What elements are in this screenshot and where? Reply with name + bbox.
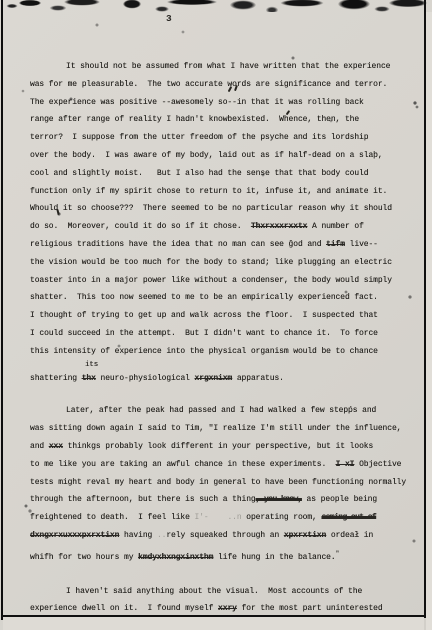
text-line: I haven't said anything about the visual… <box>30 583 412 601</box>
text-segment: " <box>336 550 340 557</box>
struck-out-text: I xI <box>336 460 355 469</box>
text-segment: for the most part uninterested <box>237 604 383 613</box>
text-segment: rely squeaked through an <box>166 531 284 540</box>
scan-edge-right <box>424 0 426 618</box>
text-segment: range after range of reality I hadn't kn… <box>30 115 359 124</box>
text-segment: life hung in the balance. <box>213 553 335 562</box>
text-segment: to me like you are taking an awful chanc… <box>30 460 336 469</box>
text-line: shatter. This too now seemed to me to be… <box>30 289 412 307</box>
struck-out-text: xpxrxtixn <box>284 531 326 540</box>
text-segment: terror? I suppose from the utter freedom… <box>30 133 368 142</box>
struck-out-text: kmdyxhxngxinxthm <box>138 553 213 562</box>
text-line: It should not be assumed from what I hav… <box>30 58 412 76</box>
struck-out-text: dxngxrxuxxxpxrxtixn <box>30 531 119 540</box>
text-line: the vision would be too much for the bod… <box>30 254 412 272</box>
text-line: I thought of trying to get up and walk a… <box>30 307 412 325</box>
text-segment <box>209 513 228 522</box>
text-segment: do so. Moreover, could it do so if it ch… <box>30 222 251 231</box>
text-segment: was sitting down again I said to Tim, "I… <box>30 424 401 433</box>
text-segment: neuro-physiological <box>96 374 195 383</box>
text-segment: tests might reval my heart and body in g… <box>30 478 406 487</box>
text-segment: whifh for two hours my <box>30 553 138 562</box>
text-segment: .. <box>157 531 166 540</box>
text-line: do so. Moreover, could it do so if it ch… <box>30 218 412 236</box>
scan-margin-right <box>426 12 432 630</box>
text-line: religious traditions have the idea that … <box>30 236 412 254</box>
text-segment: I thought of trying to get up and walk a… <box>30 311 378 320</box>
text-line: to me like you are taking an awful chanc… <box>30 456 412 474</box>
text-segment: I could succeed in the attempt. But I di… <box>30 329 378 338</box>
text-segment: Later, after the peak had passed and I h… <box>66 406 376 415</box>
text-segment: apparatus. <box>232 374 284 383</box>
text-line: was sitting down again I said to Tim, "I… <box>30 420 412 438</box>
text-segment: function only if my spirit chose to retu… <box>30 187 387 196</box>
scanned-typewritten-page: 3 It should not be assumed from what I h… <box>0 0 432 630</box>
text-segment: Whould it so choose??? There seemed to b… <box>30 204 392 213</box>
text-line: cool and slightly moist. But I also had … <box>30 165 412 183</box>
text-line: range after range of reality I hadn't kn… <box>30 111 412 129</box>
text-segment: as people being <box>302 495 377 504</box>
text-line: through the afternoon, but there is such… <box>30 491 412 509</box>
paragraph: It should not be assumed from what I hav… <box>30 58 412 387</box>
photocopy-noise-band <box>0 0 432 12</box>
struck-out-text: xrgxnixm <box>195 374 233 383</box>
text-segment: over the body. I was aware of my body, l… <box>30 151 383 160</box>
text-line: freightened to death. I feel like I'- ..… <box>30 509 412 527</box>
text-segment: Objective <box>354 460 401 469</box>
text-segment: its <box>85 361 98 369</box>
struck-out-text: coming out of <box>321 513 376 522</box>
text-segment: was for me pleasurable. The two accurate… <box>30 80 387 89</box>
text-segment: this intensity of experience into the ph… <box>30 347 378 356</box>
text-segment: I haven't said anything about the visual… <box>66 587 362 596</box>
text-segment: and <box>30 442 49 451</box>
text-line: shattering thx neuro-physiological xrgxn… <box>30 370 412 388</box>
text-line: this intensity of experience into the ph… <box>30 343 412 361</box>
struck-out-text: tifm <box>326 240 345 249</box>
photocopy-specks <box>0 0 2 2</box>
scan-edge-left <box>1 0 3 620</box>
text-segment: live-- <box>345 240 378 249</box>
text-segment: religious traditions have the idea that … <box>30 240 326 249</box>
text-segment: thinkgs probably look different in your … <box>63 442 373 451</box>
text-segment: The experience was positive --awesomely … <box>30 98 364 107</box>
scan-margin-bottom <box>3 617 424 630</box>
text-segment: experience dwell on it. I found myself <box>30 604 218 613</box>
text-segment: It should not be assumed from what I hav… <box>66 62 390 71</box>
text-line: and xxx thinkgs probably look different … <box>30 438 412 456</box>
text-segment: cool and slightly moist. But I also had … <box>30 169 368 178</box>
scan-edge-bottom <box>2 615 425 617</box>
struck-out-text: xxry <box>218 604 237 613</box>
text-segment: operating room, <box>242 513 322 522</box>
text-line: Later, after the peak had passed and I h… <box>30 402 412 420</box>
text-segment: the vision would be too much for the bod… <box>30 258 392 267</box>
text-line: was for me pleasurable. The two accurate… <box>30 76 412 94</box>
text-line: dxngxrxuxxxpxrxtixn having ..rely squeak… <box>30 527 412 545</box>
struck-out-text: Thxrxxxrxxtx <box>251 222 307 231</box>
text-segment: freightened to death. I feel like <box>30 513 195 522</box>
text-line: terror? I suppose from the utter freedom… <box>30 129 412 147</box>
text-segment: through the afternoon, but there is such… <box>30 495 256 504</box>
text-line: tests might reval my heart and body in g… <box>30 474 412 492</box>
struck-out-text: thx <box>82 374 96 383</box>
text-segment: I'- <box>195 513 209 522</box>
text-line: The experience was positive --awesomely … <box>30 94 412 112</box>
struck-out-text: , you know, <box>256 495 302 504</box>
typewritten-text: It should not be assumed from what I hav… <box>30 58 412 618</box>
text-line: over the body. I was aware of my body, l… <box>30 147 412 165</box>
text-segment: ..n <box>227 513 241 522</box>
text-segment: ordeał in <box>326 531 373 540</box>
paragraph: I haven't said anything about the visual… <box>30 583 412 619</box>
text-line: I could succeed in the attempt. But I di… <box>30 325 412 343</box>
paragraph: Later, after the peak had passed and I h… <box>30 402 412 562</box>
text-segment: shatter. This too now seemed to me to be… <box>30 293 378 302</box>
text-line: function only if my spirit chose to retu… <box>30 183 412 201</box>
struck-out-text: xxx <box>49 442 63 451</box>
page-number: 3 <box>166 13 172 24</box>
text-line: whifh for two hours my kmdyxhxngxinxthm … <box>30 545 412 563</box>
text-line: its <box>30 361 412 370</box>
text-line: Whould it so choose??? There seemed to b… <box>30 200 412 218</box>
text-segment: toaster into in a major power liƙe witho… <box>30 276 392 285</box>
text-segment: shattering <box>30 374 82 383</box>
text-segment: A number of <box>307 222 363 231</box>
text-segment: having <box>119 531 157 540</box>
text-line: toaster into in a major power liƙe witho… <box>30 272 412 290</box>
